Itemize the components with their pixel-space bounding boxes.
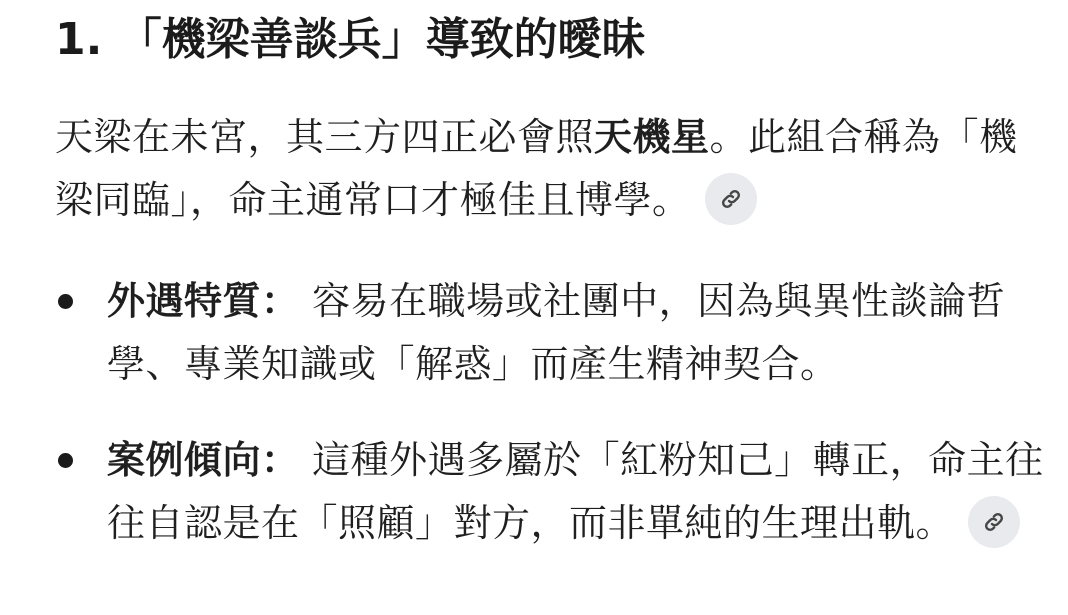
bullet-list: 外遇特質： 容易在職場或社團中，因為與異性談論哲學、專業知識或「解惑」而產生精神… — [55, 270, 1045, 555]
bullet-dot — [58, 453, 73, 468]
bullet-dot — [58, 294, 73, 309]
bullet-label: 案例傾向： — [107, 438, 300, 482]
source-link-button[interactable] — [705, 173, 757, 225]
bullet-label: 外遇特質： — [107, 279, 300, 323]
bullet-item-case-tendency: 案例傾向： 這種外遇多屬於「紅粉知己」轉正，命主往往自認是在「照顧」對方，而非單… — [55, 429, 1045, 555]
intro-bold-term: 天機星 — [594, 115, 710, 159]
document-section: 1. 「機梁善談兵」導致的曖昧 天梁在未宮，其三方四正必會照天機星。此組合稱為「… — [55, 0, 1045, 588]
intro-paragraph: 天梁在未宮，其三方四正必會照天機星。此組合稱為「機梁同臨」，命主通常口才極佳且博… — [55, 106, 1045, 232]
section-heading: 1. 「機梁善談兵」導致的曖昧 — [55, 0, 1045, 82]
source-link-button[interactable] — [968, 496, 1020, 548]
bullet-item-affair-trait: 外遇特質： 容易在職場或社團中，因為與異性談論哲學、專業知識或「解惑」而產生精神… — [55, 270, 1045, 396]
intro-text-part1: 天梁在未宮，其三方四正必會照 — [55, 115, 594, 159]
link-icon — [982, 510, 1006, 534]
link-icon — [719, 187, 743, 211]
